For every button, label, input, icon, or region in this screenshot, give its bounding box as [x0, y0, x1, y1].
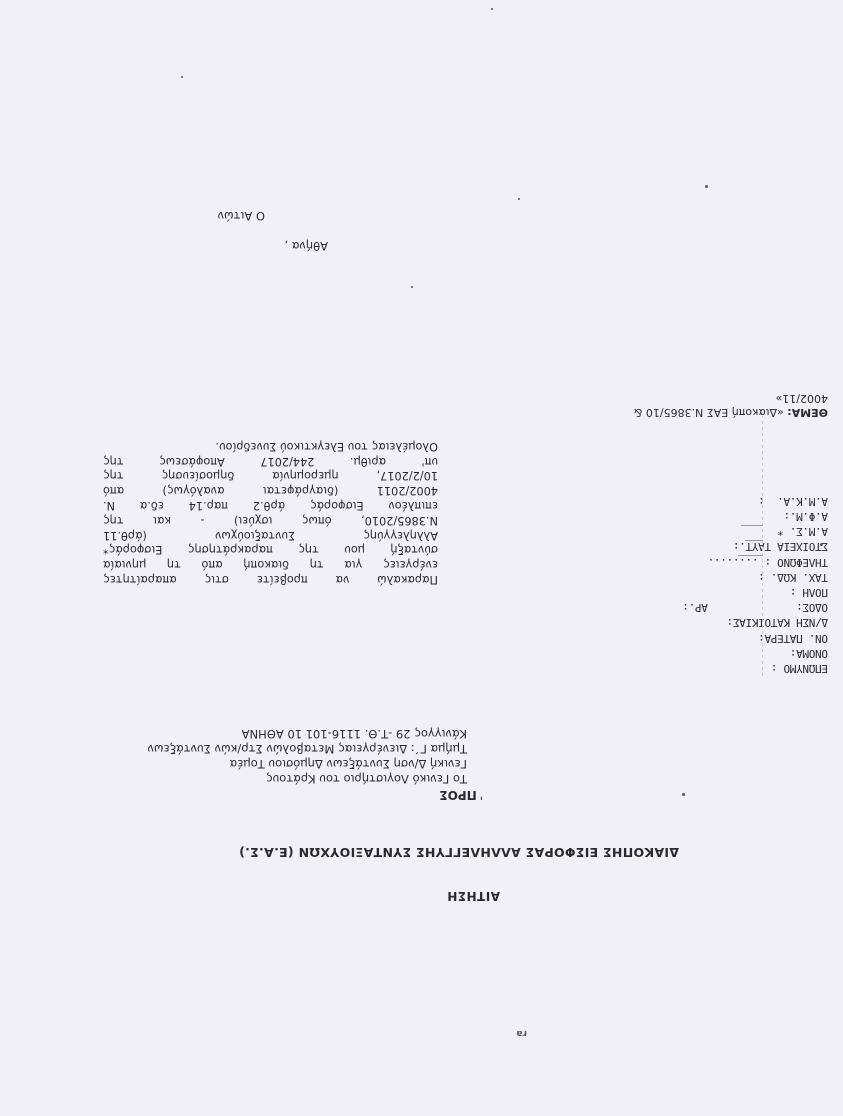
date-line: Αθήνα ,	[284, 239, 328, 253]
request-line: Παρακαλώ να προβείτε στις απαραίτητες	[103, 571, 438, 586]
request-line: Αλληλεγγύης Συνταξιούχων (άρθ.11	[103, 527, 438, 542]
field-ams: Α.Μ.Σ. *	[683, 524, 828, 539]
recipient-line: Το Γενικό Λογιστήριο του Κράτους	[147, 771, 467, 786]
field-city: ΠΟΛΗ :	[683, 585, 828, 600]
recipient-line: Γενική Δ/νση Συντάξεων Δημόσιου Τομέα	[147, 756, 467, 771]
document-title: ΑΙΤΗΣΗ	[447, 889, 500, 903]
request-line: ενέργειες για τη διακοπή από τη μηνιαία	[103, 556, 438, 571]
field-name: ΟΝΟΜΑ:	[683, 646, 828, 661]
request-line: σύνταξή μου της παρακράτησης Εισφοράς*	[103, 542, 438, 557]
request-line: υπ' αριθμ. 244/2017 Αποφάσεως της	[103, 453, 438, 468]
field-afm: Α.Φ.Μ.:	[683, 509, 828, 524]
field-street: ΟΔΟΣ: ΑΡ.:	[683, 600, 828, 615]
subject-label: ΘΕΜΑ:	[787, 406, 828, 419]
request-line: επιπλέον Εισφοράς άρθ.2 παρ.14 εδ.α Ν.	[103, 497, 438, 512]
subject: ΘΕΜΑ: «Διακοπή ΕΑΣ Ν.3865/10 & 4002/11»	[498, 391, 828, 419]
scanned-page: ΑΙΤΗΣΗ ΔΙΑΚΟΠΗΣ ΕΙΣΦΟΡΑΣ ΑΛΛΗΛΕΓΓΥΗΣ ΣΥΝ…	[0, 0, 843, 1116]
signer-label: Ο Αιτών	[218, 209, 265, 223]
field-father-name: ΟΝ. ΠΑΤΕΡΑ:	[683, 630, 828, 645]
margin-line	[762, 416, 763, 676]
request-line: Ν.3865/2010, όπως ισχύει) - και της	[103, 512, 438, 527]
margin-tick	[745, 540, 763, 541]
recipient-line: Κάνιγγος 29 -Τ.Θ. 1116-101 10 ΑΘΗΝΑ	[147, 726, 467, 741]
field-id-details: ΣΤΟΙΧΕΙΑ ΤΑΥΤ.:	[683, 539, 828, 554]
request-body: Παρακαλώ να προβείτε στις απαραίτητες εν…	[103, 438, 438, 586]
field-surname: ΕΠΩΝΥΜΟ :	[683, 661, 828, 676]
field-postal-code: ΤΑΧ. ΚΩΔ. :	[683, 570, 828, 585]
scan-speck	[682, 793, 685, 796]
request-line: Ολομέλειας του Ελεγκτικού Συνεδρίου.	[103, 438, 438, 453]
field-amka: Α.Μ.Κ.Α. :	[683, 494, 828, 509]
field-phone: ΤΗΛΕΦΩΝΟ : ........	[683, 554, 828, 569]
applicant-fields: ΕΠΩΝΥΜΟ : ΟΝΟΜΑ: ΟΝ. ΠΑΤΕΡΑ: Δ/ΝΣΗ ΚΑΤΟΙ…	[683, 494, 828, 676]
scan-speck	[411, 286, 413, 288]
recipient-address: Το Γενικό Λογιστήριο του Κράτους Γενική …	[147, 726, 467, 786]
document-subtitle: ΔΙΑΚΟΠΗΣ ΕΙΣΦΟΡΑΣ ΑΛΛΗΛΕΓΓΥΗΣ ΣΥΝΤΑΞΙΟΥΧ…	[239, 845, 679, 860]
scan-speck	[705, 185, 708, 188]
scan-speck	[491, 8, 493, 10]
page-mark: ra	[516, 1028, 527, 1038]
request-line: 4002/2011 (διαγράφεται αναλόγως) από	[103, 482, 438, 497]
scan-speck	[820, 543, 823, 546]
field-address: Δ/ΝΣΗ ΚΑΤΟΙΚΙΑΣ:	[683, 615, 828, 630]
request-line: 10/2/2017, ημερομηνία δημοσίευσης της	[103, 468, 438, 483]
scan-speck	[181, 76, 183, 78]
recipient-line: Τμήμα Γ΄: Διενέργειας Μεταβολών Στρ/κών …	[147, 741, 467, 756]
scan-speck	[518, 198, 520, 200]
margin-tick	[738, 555, 763, 556]
subject-text-cont: 4002/11»	[498, 391, 828, 405]
recipient-label: 'ΠΡΟΣ	[439, 788, 483, 802]
margin-tick	[741, 525, 763, 526]
subject-text: «Διακοπή ΕΑΣ Ν.3865/10 &	[634, 406, 784, 419]
